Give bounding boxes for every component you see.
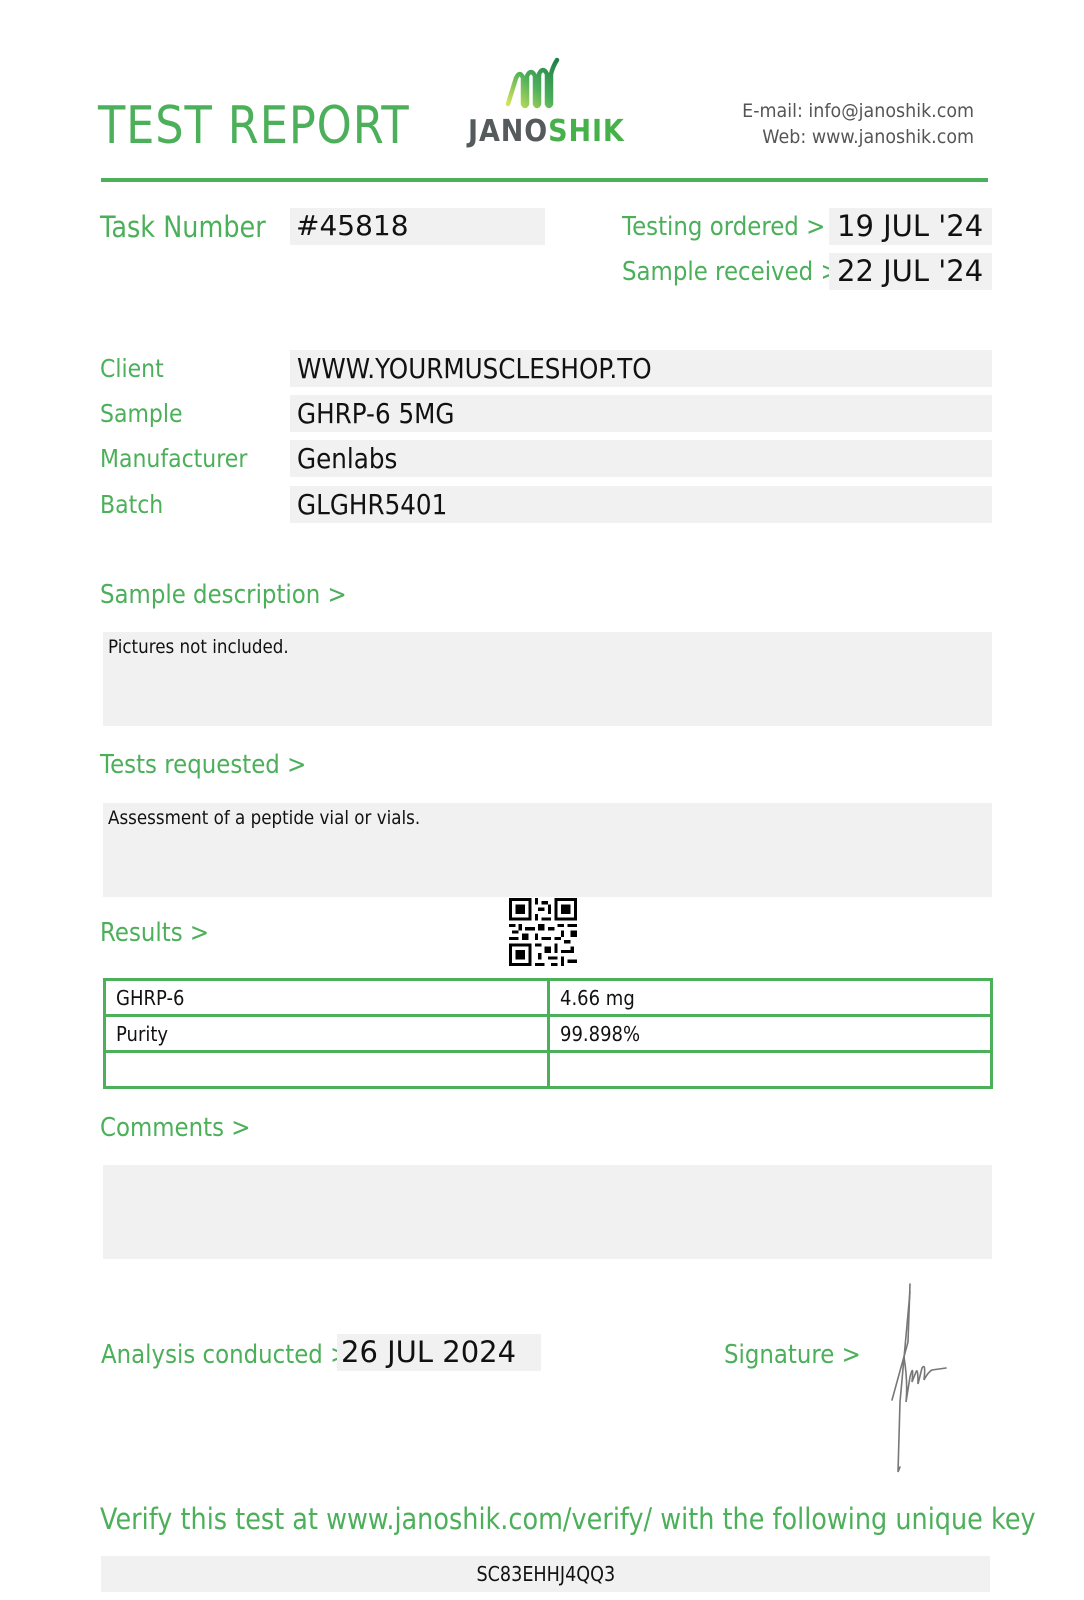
email-link[interactable]: E-mail: info@janoshik.com [742,98,974,124]
task-number-label: Task Number [100,210,266,244]
analysis-conducted-value: 26 JUL 2024 [341,1335,516,1369]
report-title: TEST REPORT [98,96,410,156]
unique-key-value[interactable]: SC83EHHJ4QQ3 [476,1556,615,1592]
task-number-field: #45818 [290,208,545,245]
client-value: WWW.YOURMUSCLESHOP.TO [297,352,652,385]
result-value-cell [548,1052,992,1088]
testing-ordered-field: 19 JUL '24 [829,208,992,245]
web-link[interactable]: Web: www.janoshik.com [742,124,974,150]
comments-heading: Comments > [100,1113,250,1143]
sample-received-label: Sample received > [622,257,840,287]
sample-description-heading: Sample description > [100,580,347,610]
sample-received-value: 22 JUL '24 [837,254,983,288]
result-value-cell: 4.66 mg [548,980,992,1016]
unique-key-field: SC83EHHJ4QQ3 [101,1556,990,1592]
client-field: WWW.YOURMUSCLESHOP.TO [290,350,992,387]
signature-label: Signature > [724,1340,861,1370]
result-name-cell: Purity [105,1016,549,1052]
tests-requested-box: Assessment of a peptide vial or vials. [103,803,992,897]
verify-instructions: Verify this test at www.janoshik.com/ver… [100,1502,1036,1536]
qr-code-icon[interactable] [509,898,577,966]
manufacturer-value: Genlabs [297,442,397,475]
task-number-value: #45818 [296,209,409,242]
result-name-cell: GHRP-6 [105,980,549,1016]
sample-label: Sample [100,399,183,428]
table-row: Purity 99.898% [105,1016,992,1052]
result-name-cell [105,1052,549,1088]
signature-icon [870,1282,970,1482]
janoshik-logo: JANOSHIK [468,56,628,156]
comments-box [103,1165,992,1259]
result-value-cell: 99.898% [548,1016,992,1052]
header-divider [101,178,988,182]
batch-value: GLGHR5401 [297,488,447,521]
sample-description-box: Pictures not included. [103,632,992,726]
bar-chart-logo-icon [504,56,614,114]
testing-ordered-label: Testing ordered > [622,212,825,242]
batch-label: Batch [100,490,163,519]
testing-ordered-value: 19 JUL '24 [837,209,983,243]
manufacturer-field: Genlabs [290,440,992,477]
results-heading: Results > [100,918,209,948]
sample-field: GHRP-6 5MG [290,395,992,432]
sample-received-field: 22 JUL '24 [829,253,992,290]
manufacturer-label: Manufacturer [100,444,247,473]
contact-info: E-mail: info@janoshik.com Web: www.janos… [742,98,974,150]
analysis-conducted-field: 26 JUL 2024 [337,1334,541,1371]
sample-value: GHRP-6 5MG [297,397,454,430]
analysis-conducted-label: Analysis conducted > [101,1340,349,1370]
sample-description-text: Pictures not included. [108,636,289,658]
batch-field: GLGHR5401 [290,486,992,523]
table-row: GHRP-6 4.66 mg [105,980,992,1016]
tests-requested-heading: Tests requested > [100,750,306,780]
results-table: GHRP-6 4.66 mg Purity 99.898% [103,978,993,1089]
client-label: Client [100,354,164,383]
logo-wordmark: JANOSHIK [468,114,625,149]
tests-requested-text: Assessment of a peptide vial or vials. [108,807,420,829]
table-row [105,1052,992,1088]
